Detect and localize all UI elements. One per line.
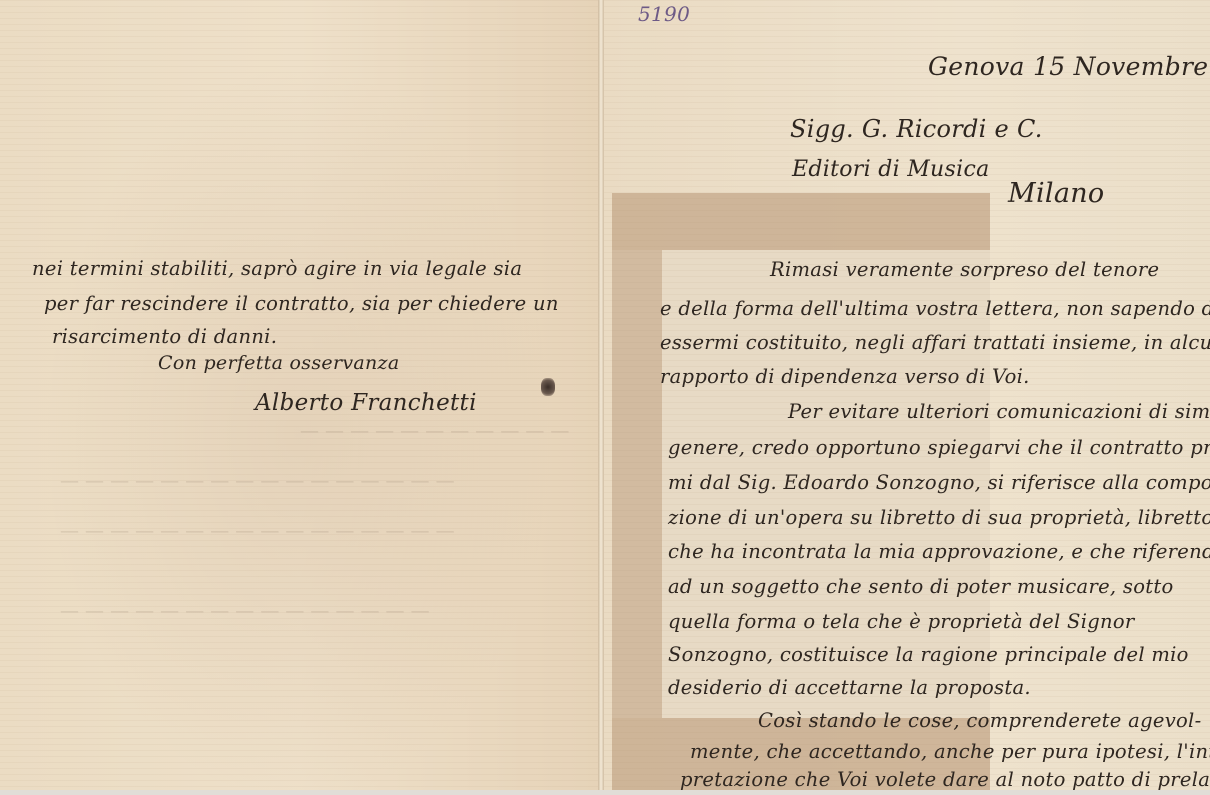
bleed-through-text: — — — — — — — — — — — — — — — [60,600,430,622]
right-text-line: desiderio di accettarne la proposta. [668,676,1031,699]
right-text-line: Rimasi veramente sorpreso del tenore [770,258,1159,281]
right-text-line: essermi costituito, negli affari trattat… [660,331,1210,354]
right-text-line: Sonzogno, costituisce la ragione princip… [668,643,1189,666]
letter-spread: — — — — — — — — — — — — — — — — — — — — … [0,0,1210,790]
ink-blot [541,378,555,396]
right-text-line: pretazione che Voi volete dare al noto p… [680,768,1210,791]
right-text-line: che ha incontrata la mia approvazione, e… [668,540,1210,563]
signature: Alberto Franchetti [255,390,477,416]
recipient-name: Sigg. G. Ricordi e C. [790,115,1043,143]
left-text-line: risarcimento di danni. [52,325,277,348]
left-text-line: nei termini stabiliti, saprò agire in vi… [32,257,522,280]
recipient-city: Milano [1008,178,1104,209]
right-text-line: mente, che accettando, anche per pura ip… [690,740,1210,763]
archive-number: 5190 [638,2,690,26]
bleed-through-text: — — — — — — — — — — — — — — — — [60,470,455,492]
date-line: Genova 15 Novembre 1892 [928,52,1210,81]
right-text-line: ad un soggetto che sento di poter musica… [668,575,1174,598]
scan-border [0,790,1210,795]
left-text-line: per far rescindere il contratto, sia per… [44,292,559,315]
left-page: — — — — — — — — — — — — — — — — — — — — … [0,0,598,790]
right-text-line: e della forma dell'ultima vostra lettera… [660,297,1210,320]
recipient-title: Editori di Musica [792,157,989,182]
bleed-through-text: — — — — — — — — — — — [300,420,569,442]
right-text-line: Così stando le cose, comprenderete agevo… [758,709,1201,732]
right-text-line: Per evitare ulteriori comunicazioni di s… [788,400,1210,423]
right-text-line: mi dal Sig. Edoardo Sonzogno, si riferis… [668,471,1210,494]
right-text-line: rapporto di dipendenza verso di Voi. [660,365,1030,388]
right-text-line: zione di un'opera su libretto di sua pro… [668,506,1210,529]
bleed-through-text: — — — — — — — — — — — — — — — — [60,520,455,542]
right-text-line: genere, credo opportuno spiegarvi che il… [668,436,1210,459]
closing-formula: Con perfetta osservanza [158,352,399,374]
right-text-line: quella forma o tela che è proprietà del … [668,610,1135,633]
